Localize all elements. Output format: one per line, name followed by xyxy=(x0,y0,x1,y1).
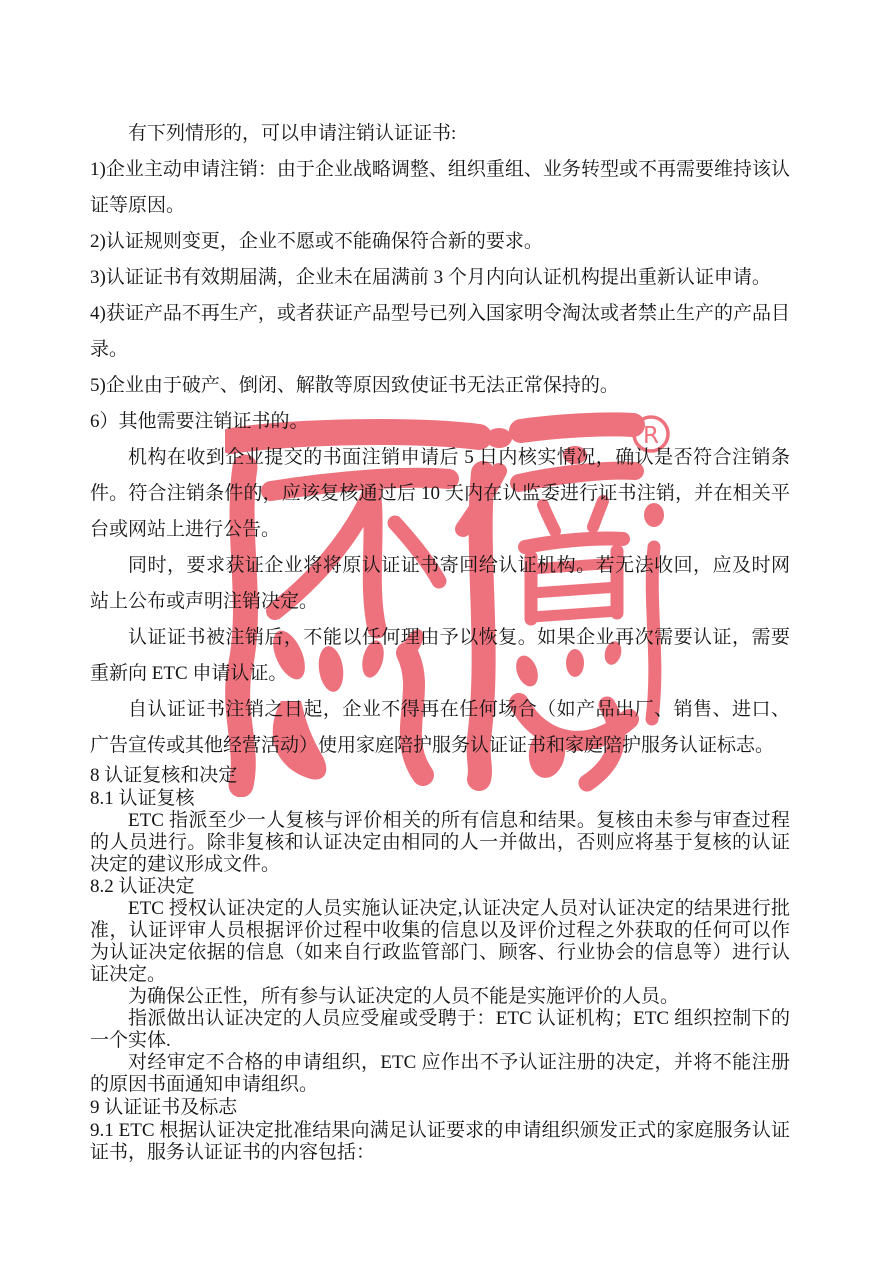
paragraph: ETC 指派至少一人复核与评价相关的所有信息和结果。复核由未参与审查过程的人员进… xyxy=(90,810,790,876)
paragraph: 9.1 ETC 根据认证决定批准结果向满足认证要求的申请组织颁发正式的家庭服务认… xyxy=(90,1120,790,1164)
paragraph: 有下列情形的，可以申请注销认证证书: xyxy=(90,116,790,152)
subsection-heading: 8.1 认证复核 xyxy=(90,788,790,810)
paragraph: 6）其他需要注销证书的。 xyxy=(90,404,790,440)
paragraph: 2)认证规则变更，企业不愿或不能确保符合新的要求。 xyxy=(90,224,790,260)
subsection-heading: 8.2 认证决定 xyxy=(90,876,790,898)
section-heading: 8 认证复核和决定 xyxy=(90,764,790,788)
paragraph: 认证证书被注销后，不能以任何理由予以恢复。如果企业再次需要认证，需要重新向 ET… xyxy=(90,620,790,692)
paragraph: 机构在收到企业提交的书面注销申请后 5 日内核实情况，确认是否符合注销条件。符合… xyxy=(90,440,790,548)
paragraph: 自认证证书注销之日起，企业不得再在任何场合（如产品出厂、销售、进口、广告宣传或其… xyxy=(90,692,790,764)
paragraph: 为确保公正性，所有参与认证决定的人员不能是实施评价的人员。 xyxy=(90,986,790,1008)
paragraph: 同时，要求获证企业将将原认证证书寄回给认证机构。若无法收回，应及时网站上公布或声… xyxy=(90,548,790,620)
document-body: 有下列情形的，可以申请注销认证证书:1)企业主动申请注销：由于企业战略调整、组织… xyxy=(90,116,790,1164)
paragraph: 5)企业由于破产、倒闭、解散等原因致使证书无法正常保持的。 xyxy=(90,368,790,404)
paragraph: 对经审定不合格的申请组织，ETC 应作出不予认证注册的决定，并将不能注册的原因书… xyxy=(90,1052,790,1096)
paragraph: ETC 授权认证决定的人员实施认证决定,认证决定人员对认证决定的结果进行批准，认… xyxy=(90,898,790,986)
paragraph: 4)获证产品不再生产，或者获证产品型号已列入国家明令淘汰或者禁止生产的产品目录。 xyxy=(90,296,790,368)
paragraph: 3)认证证书有效期届满，企业未在届满前 3 个月内向认证机构提出重新认证申请。 xyxy=(90,260,790,296)
section-heading: 9 认证证书及标志 xyxy=(90,1096,790,1120)
paragraph: 1)企业主动申请注销：由于企业战略调整、组织重组、业务转型或不再需要维持该认证等… xyxy=(90,152,790,224)
document-page: R 有下列情形的，可以申请注销认证证书:1)企业主动申请注销：由于企业战略调整、… xyxy=(0,0,892,1262)
paragraph: 指派做出认证决定的人员应受雇或受聘于：ETC 认证机构；ETC 组织控制下的一个… xyxy=(90,1008,790,1052)
